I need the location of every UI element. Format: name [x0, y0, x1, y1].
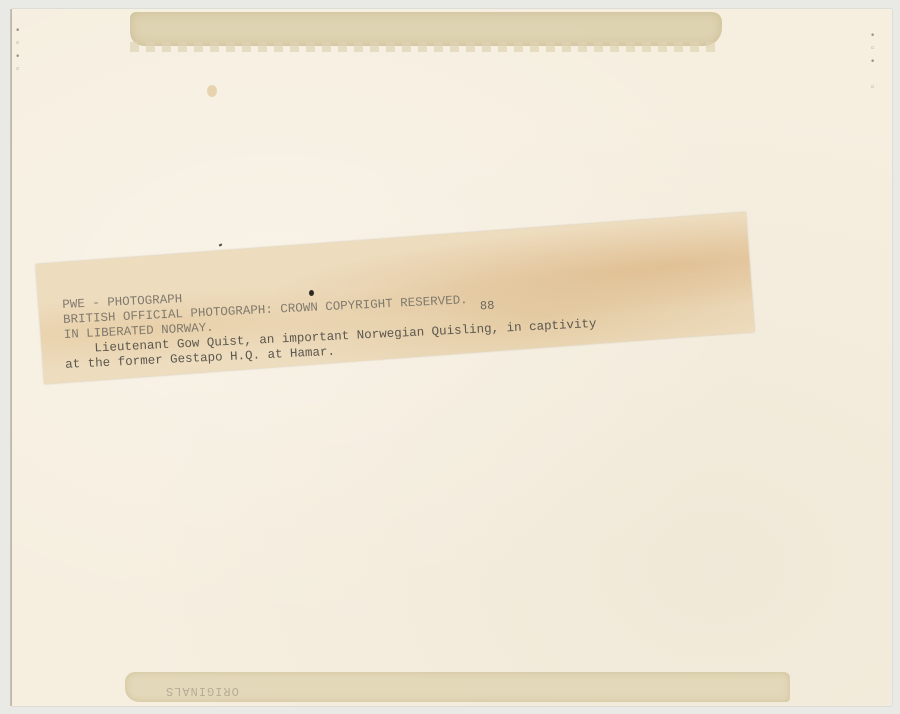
perforation-marks-right: •◦•◦ [870, 30, 875, 95]
adhesive-tape-top [130, 12, 722, 46]
mirrored-stamp-text: ORIGINALS [165, 684, 239, 698]
adhesive-tape-bottom: ORIGINALS [125, 672, 790, 702]
perforation-marks-left: •◦•◦ [15, 25, 20, 77]
stain [207, 85, 217, 97]
